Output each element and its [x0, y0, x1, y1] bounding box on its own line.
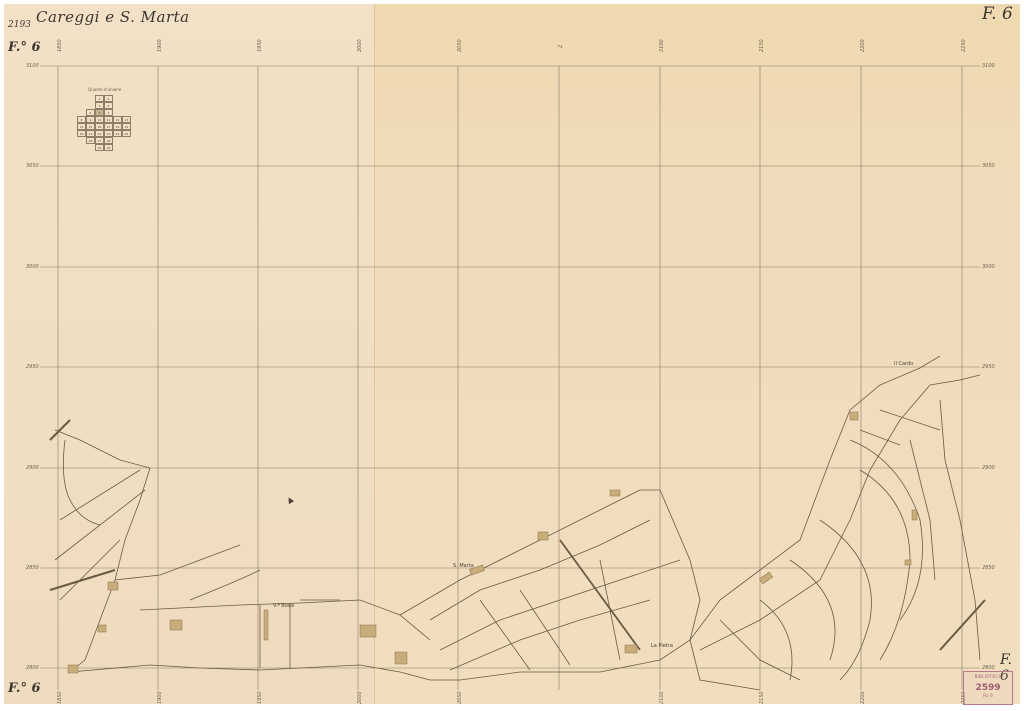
x-tick: 2250: [961, 39, 967, 52]
index-cell: 10: [95, 116, 104, 123]
index-cell: 26: [86, 137, 95, 144]
x-tick: 2100: [659, 39, 665, 52]
index-cell: 25: [122, 130, 131, 137]
y-tick-left: 3050: [26, 163, 39, 169]
y-tick-right: 3050: [982, 163, 995, 169]
index-cell: 21: [86, 130, 95, 137]
x-tick: 1900: [157, 39, 163, 52]
buildings: [68, 412, 917, 673]
x-tick-bottom: 2100: [659, 691, 665, 704]
y-tick-left: 2800: [26, 665, 39, 671]
index-cell: 3: [95, 102, 104, 109]
y-tick-left: 3000: [26, 264, 39, 270]
index-cell: 30: [104, 144, 113, 151]
index-cell: 13: [122, 116, 131, 123]
index-cell: 11: [104, 116, 113, 123]
index-cell: 15: [86, 123, 95, 130]
stamp-header: BIBLIOTECA: [964, 674, 1012, 679]
stamp-number: 2599: [964, 683, 1012, 693]
y-tick-right: 2900: [982, 465, 995, 471]
y-tick-left: 2950: [26, 364, 39, 370]
index-cell: 9: [86, 116, 95, 123]
x-tick-bottom: 1950: [257, 691, 263, 704]
index-cell: 17: [104, 123, 113, 130]
index-cell: 28: [104, 137, 113, 144]
index-cell: 16: [95, 123, 104, 130]
index-cell: 14: [77, 123, 86, 130]
sheet-number-top-left: F.° 6: [8, 40, 41, 55]
y-tick-right: 3000: [982, 264, 995, 270]
index-cell: 12: [113, 116, 122, 123]
index-cell: 23: [104, 130, 113, 137]
x-tick: 1850: [57, 39, 63, 52]
place-label-il-cardo: Il Cardo: [894, 361, 913, 367]
x-tick: 1950: [257, 39, 263, 52]
index-cell: 1: [95, 95, 104, 102]
stamp-footer: Fo. 6: [983, 693, 993, 698]
x-tick: 2: [558, 45, 564, 48]
y-tick-right: 2850: [982, 565, 995, 571]
map-title: Careggi e S. Marta: [36, 8, 190, 26]
coordinate-grid: [40, 66, 980, 690]
y-tick-left: 2850: [26, 565, 39, 571]
index-cell: 22: [95, 130, 104, 137]
x-tick: 2200: [860, 39, 866, 52]
sheet-number-top-right: F. 6: [982, 4, 1013, 24]
x-tick-bottom: 2050: [457, 691, 463, 704]
y-tick-right: 3100: [982, 63, 995, 69]
y-tick-left: 2900: [26, 465, 39, 471]
index-cell: 8: [77, 116, 86, 123]
x-tick: 2150: [759, 39, 765, 52]
place-label-villa: V.ª Bossi: [273, 603, 294, 609]
index-cell: 24: [113, 130, 122, 137]
index-cell: 29: [95, 144, 104, 151]
index-cell: 7: [104, 109, 113, 116]
y-tick-left: 3100: [26, 63, 39, 69]
index-cell: 5: [86, 109, 95, 116]
library-stamp: BIBLIOTECA 2599 Fo. 6: [963, 671, 1013, 705]
index-cell: 4: [104, 102, 113, 109]
place-label-s-marta: S. Marta: [453, 563, 474, 569]
y-tick-right: 2950: [982, 364, 995, 370]
x-tick-bottom: 2200: [860, 691, 866, 704]
inventory-mark: 2193: [8, 20, 31, 30]
sheet-number-bottom-left: F.° 6: [8, 681, 41, 696]
x-tick-bottom: 1900: [157, 691, 163, 704]
parcel-boundaries: [50, 356, 985, 690]
x-tick: 2000: [357, 39, 363, 52]
index-diagram-title: Quadro d'unione: [88, 87, 121, 92]
index-cell: 19: [122, 123, 131, 130]
x-tick-bottom: 1850: [57, 691, 63, 704]
index-cell: 20: [77, 130, 86, 137]
index-cell: 2: [104, 95, 113, 102]
index-cell: 18: [113, 123, 122, 130]
index-cell: 6: [95, 109, 104, 116]
x-tick: 2050: [457, 39, 463, 52]
place-label-la-pietra: La Pietra: [651, 643, 673, 649]
x-tick-bottom: 2150: [759, 691, 765, 704]
index-cell: 27: [95, 137, 104, 144]
cadastral-map-drawing: [0, 0, 1024, 711]
x-tick-bottom: 2000: [357, 691, 363, 704]
